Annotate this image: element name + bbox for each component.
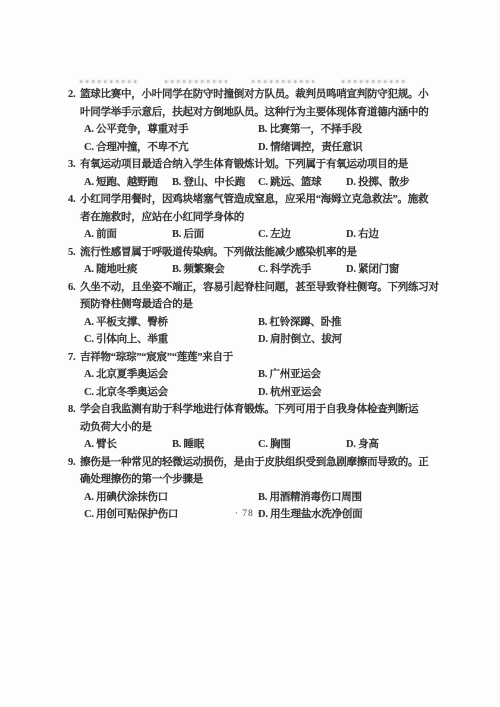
stem-line: 者在施救时，应站在小红同学身体的 (68, 209, 430, 227)
question-number: 4. (68, 191, 80, 209)
stem-text: 流行性感冒属于呼吸道传染病。下列做法能减少感染机率的是 (80, 247, 357, 258)
question-7: 7.吉祥物“琮琮”“宸宸”“莲莲”来自于 A. 北京夏季奥运会B. 广州亚运会 … (68, 349, 430, 402)
option-b: B. 广州亚运会 (258, 366, 321, 384)
option-row: A. 短跑、越野跑B. 登山、中长跑C. 跳远、篮球D. 投掷、散步 (68, 174, 430, 192)
option-a: A. 平板支撑、臀桥 (84, 314, 258, 332)
question-5: 5.流行性感冒属于呼吸道传染病。下列做法能减少感染机率的是 A. 随地吐痰B. … (68, 244, 430, 279)
cropped-text-fragment (80, 80, 138, 83)
cropped-text-fragment (342, 80, 408, 83)
stem-text: 有氧运动项目最适合纳入学生体育锻炼计划。下列属于有氧运动项目的是 (80, 159, 408, 170)
question-4: 4.小红同学用餐时，因鸡块堵塞气管造成窒息，应采用“海姆立克急救法”。施救 者在… (68, 191, 430, 244)
question-3: 3.有氧运动项目最适合纳入学生体育锻炼计划。下列属于有氧运动项目的是 A. 短跑… (68, 156, 430, 191)
option-row: C. 引体向上、举重D. 肩肘倒立、拔河 (68, 331, 430, 349)
option-row: A. 随地吐痰B. 频繁聚会C. 科学洗手D. 紧闭门窗 (68, 261, 430, 279)
option-b: B. 杠铃深蹲、卧推 (258, 314, 341, 332)
question-2: 2.篮球比赛中，小叶同学在防守时撞倒对方队员。裁判员鸣哨宣判防守犯规。小 叶同学… (68, 86, 430, 156)
option-d: D. 投掷、散步 (346, 174, 409, 192)
question-6: 6.久坐不动，且坐姿不端正，容易引起脊柱问题，甚至导致脊柱侧弯。下列练习对 预防… (68, 279, 430, 349)
stem-line: 3.有氧运动项目最适合纳入学生体育锻炼计划。下列属于有氧运动项目的是 (68, 156, 430, 174)
stem-text: 小红同学用餐时，因鸡块堵塞气管造成窒息，应采用“海姆立克急救法”。施救 (80, 194, 428, 205)
option-c: C. 胸围 (258, 436, 346, 454)
stem-text: 吉祥物“琮琮”“宸宸”“莲莲”来自于 (80, 352, 233, 363)
option-a: A. 短跑、越野跑 (84, 174, 172, 192)
stem-line: 确处理擦伤的第一个步骤是 (68, 471, 430, 489)
cropped-text-fragment (252, 80, 314, 83)
option-a: A. 北京夏季奥运会 (84, 366, 258, 384)
option-a: A. 随地吐痰 (84, 261, 172, 279)
exam-content: 2.篮球比赛中，小叶同学在防守时撞倒对方队员。裁判员鸣哨宣判防守犯规。小 叶同学… (68, 70, 430, 524)
cropped-text-line (68, 70, 430, 86)
stem-line: 4.小红同学用餐时，因鸡块堵塞气管造成窒息，应采用“海姆立克急救法”。施救 (68, 191, 430, 209)
stem-line: 6.久坐不动，且坐姿不端正，容易引起脊柱问题，甚至导致脊柱侧弯。下列练习对 (68, 279, 430, 297)
question-8: 8.学会自我监测有助于科学地进行体育锻炼。下列可用于自我身体检查判断运 动负荷大… (68, 401, 430, 454)
option-row: A. 用碘伏涂抹伤口B. 用酒精消毒伤口周围 (68, 489, 430, 507)
option-row: A. 臂长B. 睡眠C. 胸围D. 身高 (68, 436, 430, 454)
option-c: C. 合理冲撞，不卑不亢 (84, 139, 258, 157)
stem-line: 预防脊柱侧弯最适合的是 (68, 296, 430, 314)
option-c: C. 引体向上、举重 (84, 331, 258, 349)
option-d: D. 右边 (346, 226, 379, 244)
question-number: 8. (68, 401, 80, 419)
question-number: 3. (68, 156, 80, 174)
stem-text: 擦伤是一种常见的轻微运动损伤，是由于皮肤组织受到急剧摩擦而导致的。正 (80, 457, 429, 468)
question-number: 9. (68, 454, 80, 472)
question-number: 6. (68, 279, 80, 297)
option-row: A. 平板支撑、臀桥B. 杠铃深蹲、卧推 (68, 314, 430, 332)
option-c: C. 科学洗手 (258, 261, 346, 279)
stem-line: 8.学会自我监测有助于科学地进行体育锻炼。下列可用于自我身体检查判断运 (68, 401, 430, 419)
option-a: A. 用碘伏涂抹伤口 (84, 489, 258, 507)
stem-line: 2.篮球比赛中，小叶同学在防守时撞倒对方队员。裁判员鸣哨宣判防守犯规。小 (68, 86, 430, 104)
question-number: 2. (68, 86, 80, 104)
option-row: A. 北京夏季奥运会B. 广州亚运会 (68, 366, 430, 384)
stem-line: 5.流行性感冒属于呼吸道传染病。下列做法能减少感染机率的是 (68, 244, 430, 262)
option-d: D. 肩肘倒立、拔河 (258, 331, 342, 349)
stem-line: 动负荷大小的是 (68, 419, 430, 437)
option-c: C. 北京冬季奥运会 (84, 384, 258, 402)
option-d: D. 情绪调控，责任意识 (258, 139, 362, 157)
option-b: B. 比赛第一，不择手段 (258, 121, 362, 139)
stem-text: 学会自我监测有助于科学地进行体育锻炼。下列可用于自我身体检查判断运 (80, 404, 418, 415)
option-b: B. 登山、中长跑 (172, 174, 258, 192)
cropped-text-fragment (165, 80, 227, 83)
exam-page: 2.篮球比赛中，小叶同学在防守时撞倒对方队员。裁判员鸣哨宣判防守犯规。小 叶同学… (0, 0, 500, 707)
option-row: C. 北京冬季奥运会D. 杭州亚运会 (68, 384, 430, 402)
option-c: C. 跳远、篮球 (258, 174, 346, 192)
option-b: B. 睡眠 (172, 436, 258, 454)
option-row: A. 前面B. 后面C. 左边D. 右边 (68, 226, 430, 244)
stem-text: 篮球比赛中，小叶同学在防守时撞倒对方队员。裁判员鸣哨宣判防守犯规。小 (80, 89, 429, 100)
option-c: C. 左边 (258, 226, 346, 244)
stem-line: 7.吉祥物“琮琮”“宸宸”“莲莲”来自于 (68, 349, 430, 367)
option-row: A. 公平竞争，尊重对手B. 比赛第一，不择手段 (68, 121, 430, 139)
option-a: A. 臂长 (84, 436, 172, 454)
stem-text: 久坐不动，且坐姿不端正，容易引起脊柱问题，甚至导致脊柱侧弯。下列练习对 (80, 282, 439, 293)
question-number: 7. (68, 349, 80, 367)
stem-line: 9.擦伤是一种常见的轻微运动损伤，是由于皮肤组织受到急剧摩擦而导致的。正 (68, 454, 430, 472)
option-d: D. 杭州亚运会 (258, 384, 321, 402)
option-d: D. 身高 (346, 436, 379, 454)
option-a: A. 前面 (84, 226, 172, 244)
page-number: · 78 · (0, 509, 496, 519)
option-b: B. 频繁聚会 (172, 261, 258, 279)
option-a: A. 公平竞争，尊重对手 (84, 121, 258, 139)
option-b: B. 后面 (172, 226, 258, 244)
question-number: 5. (68, 244, 80, 262)
stem-line: 叶同学举手示意后，扶起对方倒地队员。这种行为主要体现体育道德内涵中的 (68, 104, 430, 122)
option-b: B. 用酒精消毒伤口周围 (258, 489, 362, 507)
option-row: C. 合理冲撞，不卑不亢D. 情绪调控，责任意识 (68, 139, 430, 157)
option-d: D. 紧闭门窗 (346, 261, 399, 279)
